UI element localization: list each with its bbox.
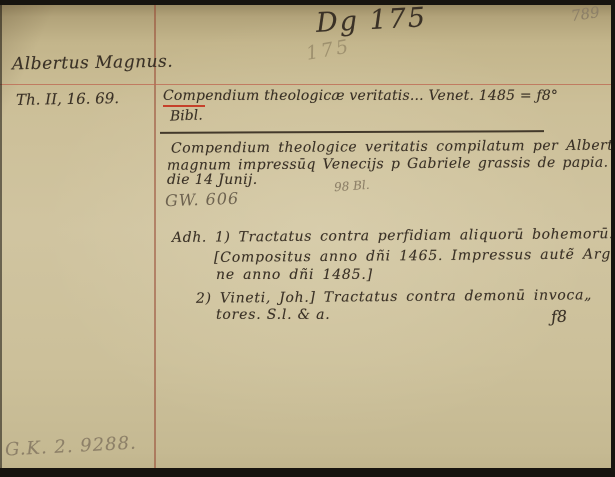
description-line-2: magnum impressūq Venecijs p Gabriele gra… — [167, 154, 615, 173]
description-line-3: die 14 Junij. — [167, 172, 258, 188]
classmark-heading: Dg 175 — [315, 2, 428, 39]
ruled-horizontal-line — [0, 84, 615, 85]
leaves-count-pencil: 98 Bl. — [334, 178, 370, 194]
scan-edge-left — [0, 0, 2, 477]
title-divider-rule — [160, 130, 544, 134]
title-rest-part: endium theologicæ veritatis... Venet. 14… — [205, 88, 558, 104]
scan-edge-bottom — [0, 468, 615, 477]
description-line-1: Compendium theologice veritatis compilat… — [171, 137, 615, 156]
title-underlined-part: Comp — [163, 88, 205, 107]
scan-edge-top — [0, 0, 615, 5]
accession-number-pencil: G.K. 2. 9288. — [5, 433, 138, 461]
format-note: ƒ8 — [550, 306, 567, 326]
title-line: Compendium theologicæ veritatis... Venet… — [163, 88, 558, 104]
gw-reference-pencil: GW. 606 — [165, 189, 240, 211]
catalog-card-scan: Dg 175 175 789 Albertus Magnus. Th. II, … — [0, 0, 615, 477]
bound-with-line-4: 2) Vineti, Joh.] Tractatus contra demonū… — [196, 287, 592, 306]
scan-edge-right — [611, 0, 615, 477]
bound-with-line-2: [Compositus anno dñi 1465. Impressus aut… — [214, 246, 615, 266]
corner-number-pencil: 789 — [570, 3, 601, 25]
bound-with-line-1: Adh. 1) Tractatus contra perfidiam aliqu… — [172, 226, 614, 246]
bound-with-line-3: ne anno dñi 1485.] — [216, 267, 373, 283]
old-shelfmark: Th. II, 16. 69. — [16, 89, 119, 109]
bound-with-line-5: tores. S.l. & a. — [216, 307, 331, 323]
author-heading: Albertus Magnus. — [12, 52, 173, 75]
classmark-faint-pencil: 175 — [304, 35, 352, 65]
title-subline: Bibl. — [170, 107, 203, 124]
